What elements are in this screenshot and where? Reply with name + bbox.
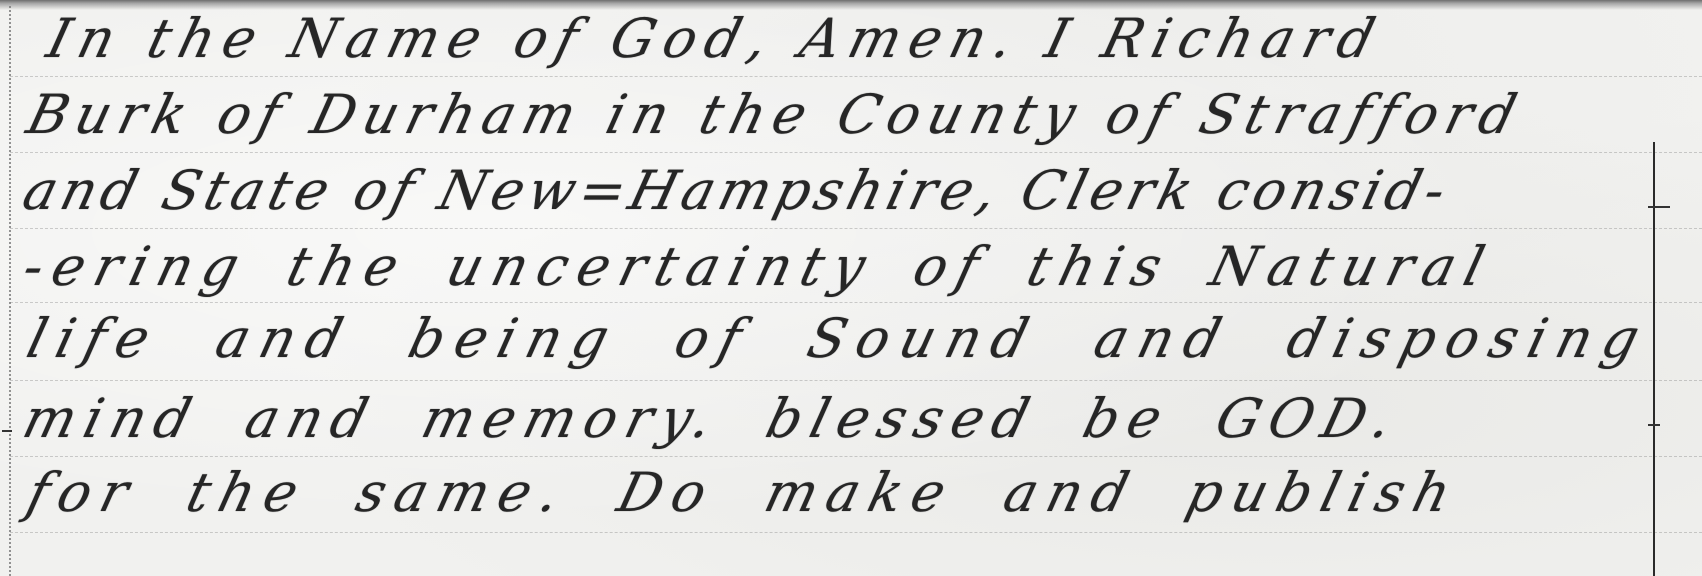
manuscript-page: In the Name of God, Amen. I Richard Burk…	[0, 0, 1702, 576]
manuscript-line-5: life and being of Sound and disposing	[22, 312, 1655, 366]
margin-tick	[2, 430, 12, 432]
ruled-line	[10, 302, 1702, 303]
manuscript-line-1: In the Name of God, Amen. I Richard	[42, 12, 1389, 66]
manuscript-line-7: for the same. Do make and publish	[22, 466, 1466, 520]
margin-tick	[1648, 206, 1670, 208]
ruled-line	[10, 76, 1702, 77]
ruled-line	[10, 152, 1702, 153]
manuscript-line-2: Burk of Durham in the County of Straffor…	[22, 88, 1529, 142]
margin-tick	[1648, 424, 1660, 426]
left-margin-rule	[9, 6, 11, 576]
ruled-line	[10, 456, 1702, 457]
ruled-line	[10, 380, 1702, 381]
ruled-line	[10, 228, 1702, 229]
manuscript-line-4: -ering the uncertainty of this Natural	[18, 240, 1499, 294]
ruled-line	[10, 532, 1702, 533]
manuscript-line-6: mind and memory. blessed be GOD.	[18, 392, 1406, 446]
manuscript-line-3: and State of New=Hampshire, Clerk consid…	[18, 164, 1456, 218]
